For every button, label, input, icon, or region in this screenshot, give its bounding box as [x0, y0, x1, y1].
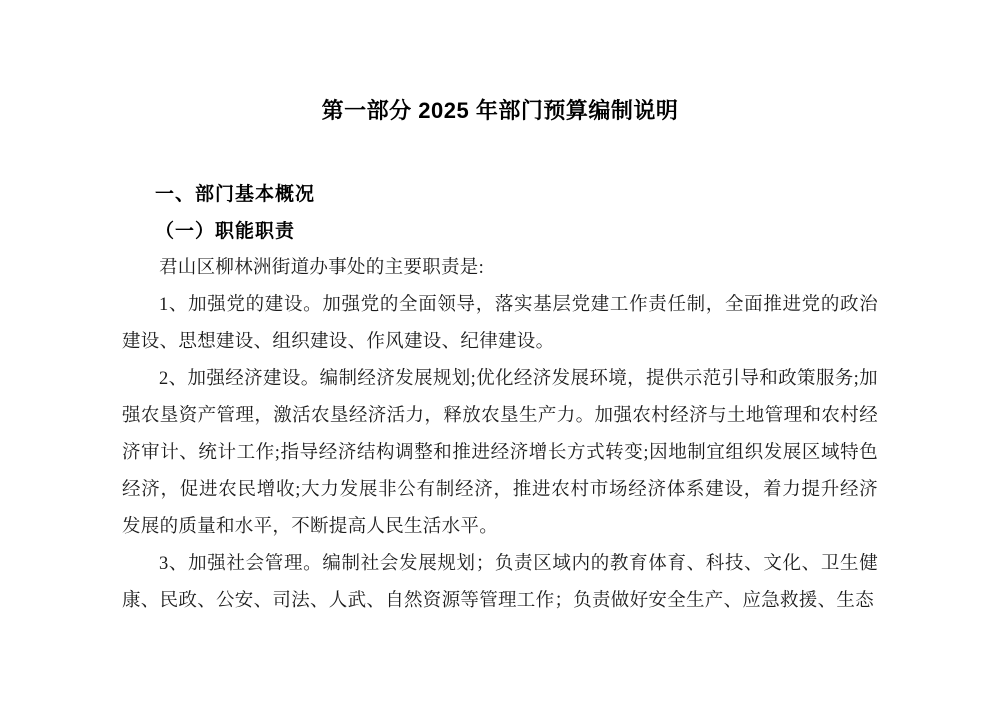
document-page: 第一部分 2025 年部门预算编制说明 一、部门基本概况 （一）职能职责 君山区…	[0, 0, 1000, 706]
paragraph-duty-3-social-management: 3、加强社会管理。编制社会发展规划；负责区域内的教育体育、科技、文化、卫生健康、…	[122, 546, 878, 620]
paragraph-duty-2-economic-construction: 2、加强经济建设。编制经济发展规划;优化经济发展环境，提供示范引导和政策服务;加…	[122, 361, 878, 546]
paragraph-duty-1-party-building: 1、加强党的建设。加强党的全面领导，落实基层党建工作责任制，全面推进党的政治建设…	[122, 287, 878, 361]
paragraph-intro: 君山区柳林洲街道办事处的主要职责是:	[122, 250, 878, 287]
subsection-heading-duties: （一）职能职责	[122, 213, 878, 250]
section-heading-department-overview: 一、部门基本概况	[122, 176, 878, 213]
document-title: 第一部分 2025 年部门预算编制说明	[122, 96, 878, 126]
